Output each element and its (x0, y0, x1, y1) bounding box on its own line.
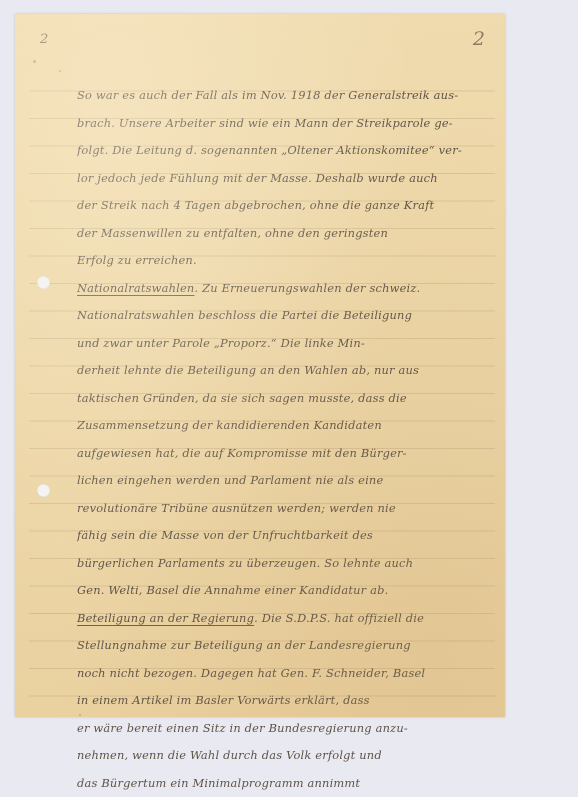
text-line: lor jedoch jede Fühlung mit der Masse. D… (77, 165, 497, 193)
text-line: und zwar unter Parole „Proporz.“ Die lin… (77, 330, 497, 358)
document-page: 2 2 So war es auch der Fall als im Nov. … (15, 14, 505, 717)
text-line: Zusammensetzung der kandidierenden Kandi… (77, 412, 497, 440)
text-line: nehmen, wenn die Wahl durch das Volk erf… (77, 742, 497, 750)
text-line: der Massenwillen zu entfalten, ohne den … (77, 220, 497, 248)
text-line: in einem Artikel im Basler Vorwärts erkl… (77, 687, 497, 715)
text-line: Erfolg zu erreichen. (77, 247, 497, 275)
text-line: aufgewiesen hat, die auf Kompromisse mit… (77, 440, 497, 468)
text-line: bürgerlichen Parlaments zu überzeugen. S… (77, 550, 497, 578)
text-line: revolutionäre Tribüne ausnützen werden; … (77, 495, 497, 523)
corner-mark: 2 (40, 32, 48, 47)
text-line: lichen eingehen werden und Parlament nie… (77, 467, 497, 495)
punch-hole-bottom (37, 484, 50, 497)
text-line: brach. Unsere Arbeiter sind wie ein Mann… (77, 110, 497, 138)
text-line: er wäre bereit einen Sitz in der Bundesr… (77, 715, 497, 743)
text-line: folgt. Die Leitung d. sogenannten „Olten… (77, 137, 497, 165)
paper-blemish (33, 60, 36, 63)
text-line: Gen. Welti, Basel die Annahme einer Kand… (77, 577, 497, 605)
text-line: Beteiligung an der Regierung. Die S.D.P.… (77, 605, 497, 633)
text-line: Nationalratswahlen beschloss die Partei … (77, 302, 497, 330)
text-line: Nationalratswahlen. Zu Erneuerungswahlen… (77, 275, 497, 303)
text-line: derheit lehnte die Beteiligung an den Wa… (77, 357, 497, 385)
text-line: der Streik nach 4 Tagen abgebrochen, ohn… (77, 192, 497, 220)
paper-blemish (59, 70, 61, 72)
text-line: So war es auch der Fall als im Nov. 1918… (77, 82, 497, 110)
section-heading: Nationalratswahlen (77, 281, 194, 295)
punch-hole-top (37, 276, 50, 289)
section-heading: Beteiligung an der Regierung (77, 611, 254, 625)
text-line: fähig sein die Masse von der Unfruchtbar… (77, 522, 497, 550)
text-line: noch nicht bezogen. Dagegen hat Gen. F. … (77, 660, 497, 688)
handwritten-text: So war es auch der Fall als im Nov. 1918… (77, 82, 497, 750)
text-line: taktischen Gründen, da sie sich sagen mu… (77, 385, 497, 413)
text-line: Stellungnahme zur Beteiligung an der Lan… (77, 632, 497, 660)
page-number: 2 (473, 28, 485, 50)
